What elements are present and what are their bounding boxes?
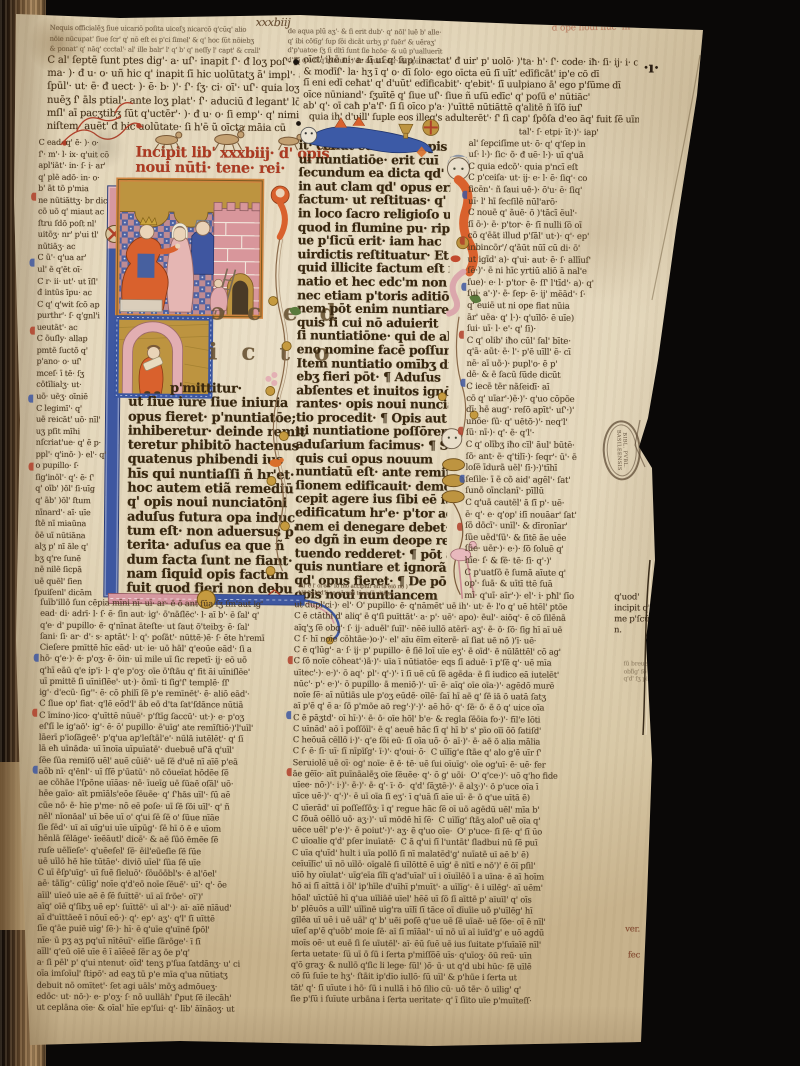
manuscript-page: Nequis officialēʒ ſiue uicariō poſita ui…	[0, 0, 800, 1066]
manuscript-photo: { "page_marks": { "quire_mark": "xxxbiij…	[0, 0, 800, 1066]
creases-and-tears	[0, 0, 800, 1066]
